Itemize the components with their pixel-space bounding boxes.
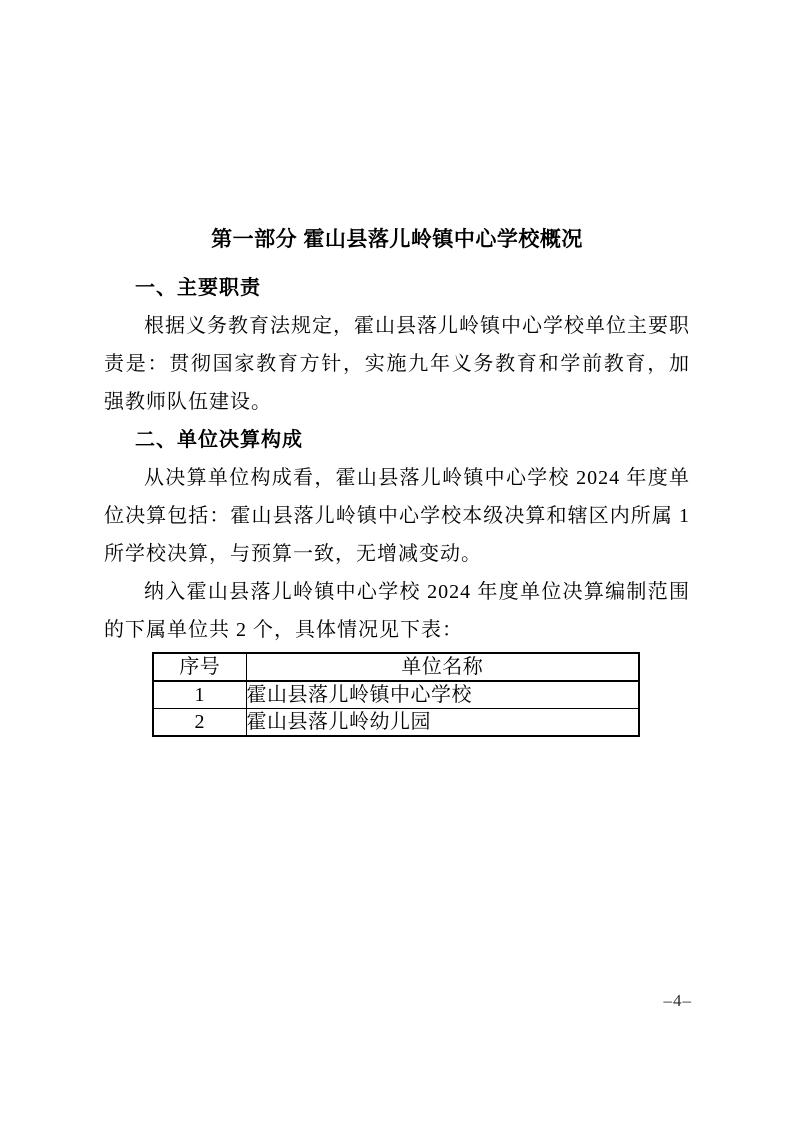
section-final-accounts-composition: 二、单位决算构成 从决算单位构成看，霍山县落儿岭镇中心学校 2024 年度单位决… [104,421,690,649]
table-header-unit-name: 单位名称 [246,653,639,681]
table-cell-unit-name: 霍山县落儿岭幼儿园 [246,709,639,737]
page-title: 第一部分 霍山县落儿岭镇中心学校概况 [104,221,690,259]
paragraph-main-duties: 根据义务教育法规定，霍山县落儿岭镇中心学校单位主要职责是：贯彻国家教育方针，实施… [104,307,690,421]
table-row: 1 霍山县落儿岭镇中心学校 [153,681,639,709]
table-header-serial-number: 序号 [153,653,246,681]
table-cell-serial-number: 2 [153,709,246,737]
section-heading-main-duties: 一、主要职责 [135,269,690,307]
table-cell-serial-number: 1 [153,681,246,709]
document-text-block: 第一部分 霍山县落儿岭镇中心学校概况 一、主要职责 根据义务教育法规定，霍山县落… [104,221,690,737]
paragraph-subordinate-units-intro: 纳入霍山县落儿岭镇中心学校 2024 年度单位决算编制范围的下属单位共 2 个，… [104,573,690,649]
document-page: 第一部分 霍山县落儿岭镇中心学校概况 一、主要职责 根据义务教育法规定，霍山县落… [0,0,793,1122]
table-cell-unit-name: 霍山县落儿岭镇中心学校 [246,681,639,709]
subordinate-units-table: 序号 单位名称 1 霍山县落儿岭镇中心学校 2 霍山县落儿岭幼儿园 [152,652,640,737]
paragraph-composition-overview: 从决算单位构成看，霍山县落儿岭镇中心学校 2024 年度单位决算包括：霍山县落儿… [104,459,690,573]
page-number: –4– [664,991,693,1011]
section-heading-final-accounts-composition: 二、单位决算构成 [135,421,690,459]
table-header-row: 序号 单位名称 [153,653,639,681]
section-main-duties: 一、主要职责 根据义务教育法规定，霍山县落儿岭镇中心学校单位主要职责是：贯彻国家… [104,269,690,421]
table-row: 2 霍山县落儿岭幼儿园 [153,709,639,737]
